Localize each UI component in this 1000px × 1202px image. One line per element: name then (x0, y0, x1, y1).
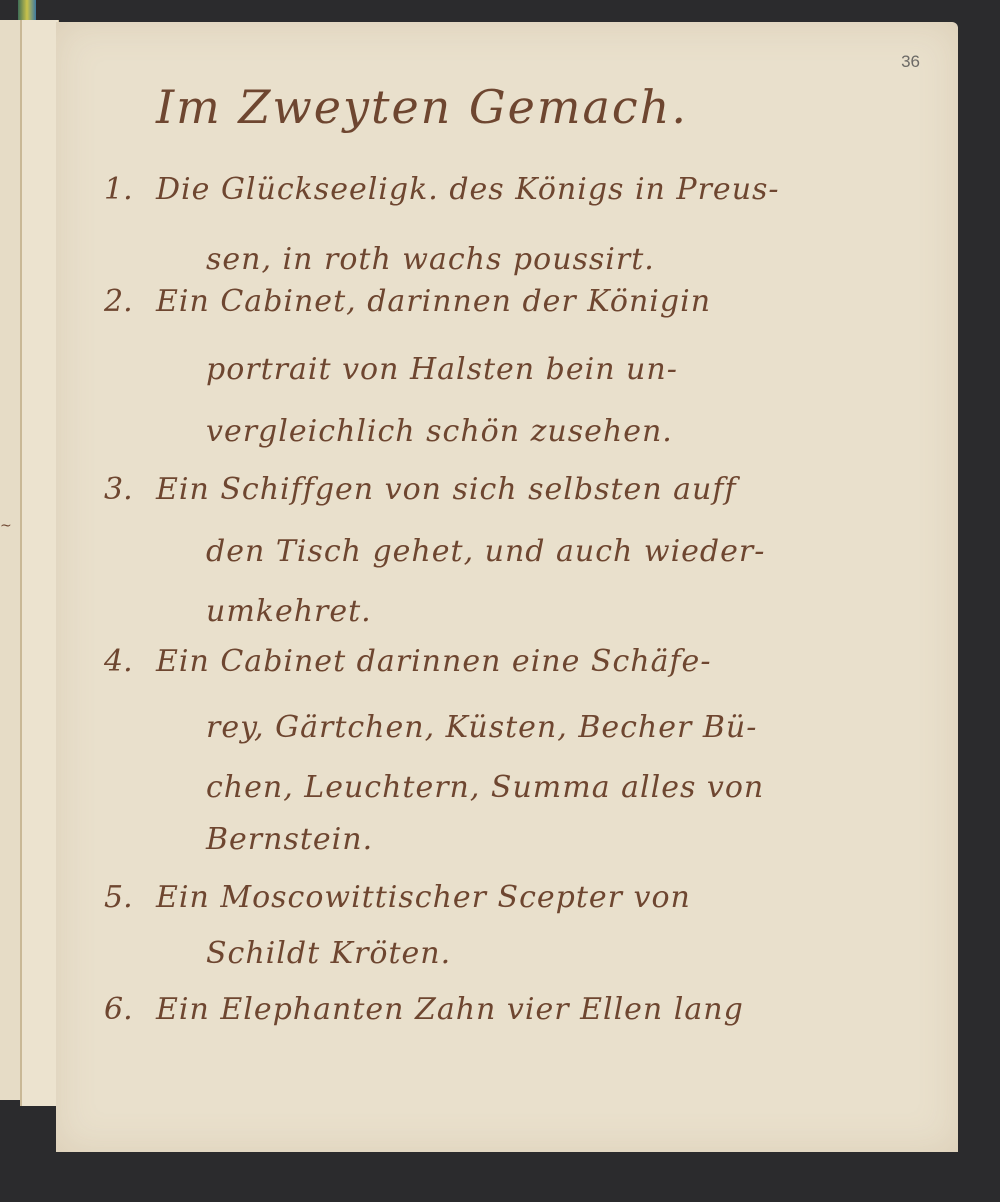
handwritten-text: Im Zweyten Gemach. 1. Die Glückseeligk. … (56, 22, 958, 1152)
entry-line: sen, in roth wachs poussirt. (206, 242, 655, 277)
entry-number: 3. (104, 472, 133, 507)
entry-line: rey, Gärtchen, Küsten, Becher Bü- (206, 710, 757, 745)
entry-line: den Tisch gehet, und auch wieder- (206, 534, 765, 569)
entry-line: Ein Moscowittischer Scepter von (156, 880, 691, 915)
binding-gutter (20, 20, 59, 1106)
entry-line: vergleichlich schön zusehen. (206, 414, 673, 449)
entry-line: Ein Cabinet, darinnen der Königin (156, 284, 711, 319)
entry-number: 1. (104, 172, 133, 207)
entry-line: umkehret. (206, 594, 372, 629)
entry-line: Ein Elephanten Zahn vier Ellen lang (156, 992, 744, 1027)
manuscript-page: 36 Im Zweyten Gemach. 1. Die Glückseelig… (56, 22, 958, 1152)
entry-line: Die Glückseeligk. des Königs in Preus- (156, 172, 780, 207)
facing-page-edge (0, 20, 20, 1100)
entry-line: chen, Leuchtern, Summa alles von (206, 770, 764, 805)
entry-number: 2. (104, 284, 133, 319)
entry-line: Ein Schiffgen von sich selbsten auff (156, 472, 737, 507)
entry-number: 4. (104, 644, 133, 679)
page-heading: Im Zweyten Gemach. (156, 80, 688, 134)
entry-line: Ein Cabinet darinnen eine Schäfe- (156, 644, 711, 679)
bookmark-ribbon (18, 0, 36, 20)
facing-page-ink-mark: ~ (0, 518, 12, 534)
entry-line: Bernstein. (206, 822, 373, 857)
entry-line: Schildt Kröten. (206, 936, 451, 971)
entry-number: 5. (104, 880, 133, 915)
entry-number: 6. (104, 992, 133, 1027)
entry-line: portrait von Halsten bein un- (206, 352, 678, 387)
